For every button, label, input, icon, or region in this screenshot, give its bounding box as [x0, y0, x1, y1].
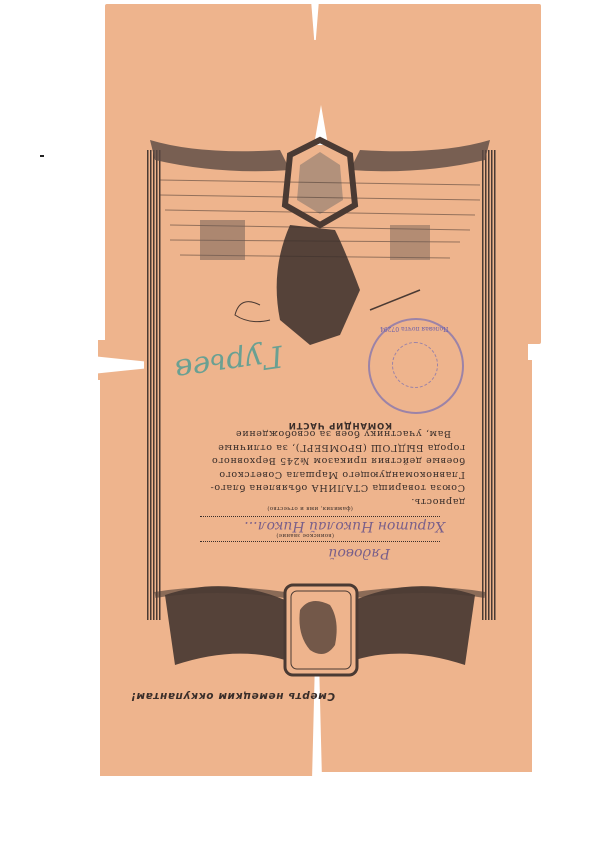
- body-line: боевые действия приказом №245 Верховного: [175, 454, 465, 468]
- name-line: [200, 516, 440, 517]
- body-line: Главнокомандующего Маршала Советского: [175, 468, 465, 482]
- caption-rank: (воинское звание): [245, 532, 365, 538]
- body-line: Вам, участнику боев за освобождение: [175, 427, 465, 441]
- body-line: Союза товарища СТАЛИНА объявлена благо-: [175, 481, 465, 495]
- scan-page: Полевая почта 07294 Гурьев КОМАНДИР ЧАСТ…: [0, 0, 595, 842]
- bottom-illustration: [135, 565, 505, 685]
- rank-line: [200, 541, 440, 542]
- body-line: города БЫДГОШ (БРОМБЕРГ), за отличные: [175, 441, 465, 455]
- top-illustration: [140, 130, 500, 355]
- caption-name: (фамилия, имя и отчество): [200, 505, 420, 511]
- unit-stamp-inner: [392, 342, 438, 388]
- rank-handwritten: Рядовой: [270, 545, 390, 561]
- certificate-body: дарность. Союза товарища СТАЛИНА объявле…: [175, 427, 465, 508]
- scan-speck: [40, 155, 44, 157]
- slogan: Смерть немецким оккупантам!: [125, 690, 335, 702]
- stamp-text: Полевая почта 07294: [380, 325, 448, 332]
